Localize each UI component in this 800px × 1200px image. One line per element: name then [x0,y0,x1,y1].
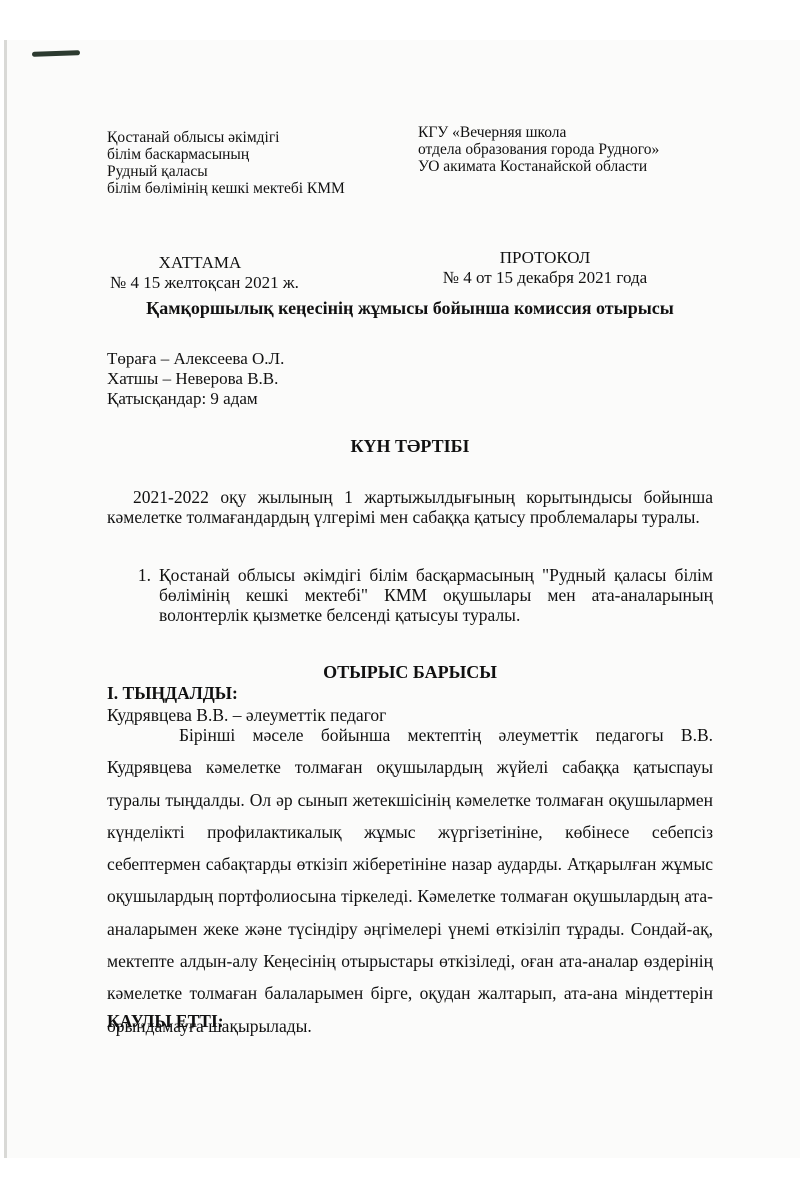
header-right-line: КГУ «Вечерняя школа [418,124,659,141]
secretary: Хатшы – Неверова В.В. [107,369,284,389]
protocol-number-date-ru: № 4 от 15 декабря 2021 года [420,268,670,288]
section-resolved: ҚАУЛЫ ЕТТІ: [107,1011,224,1032]
header-left-line: білім бөлімінің кешкі мектебі КММ [107,180,345,197]
agenda-item-text: Қостанай облысы әкімдігі білім басқармас… [159,565,713,625]
agenda-list: 1. Қостанай облысы әкімдігі білім басқар… [107,565,713,625]
meeting-title: Қамқоршылық кеңесінің жұмысы бойынша ком… [107,298,713,319]
agenda-item-number: 1. [107,565,159,625]
header-left-line: білім баскармасының [107,146,345,163]
protocol-russian: ПРОТОКОЛ № 4 от 15 декабря 2021 года [420,248,670,288]
protocol-kazakh: ХАТТАМА № 4 15 желтоқсан 2021 ж. [110,253,290,293]
protocol-number-date-kk: № 4 15 желтоқсан 2021 ж. [110,273,290,293]
chair: Төраға – Алексеева О.Л. [107,349,284,369]
header-left-line: Рудный қаласы [107,163,345,180]
section-heard: I. ТЫҢДАЛДЫ: [107,683,238,704]
session-body: Бірінші мәселе бойынша мектептің әлеумет… [107,719,713,1042]
agenda-intro: 2021-2022 оқу жылының 1 жартыжылдығының … [107,487,713,527]
protocol-title-kk: ХАТТАМА [110,253,290,273]
session-heading: ОТЫРЫС БАРЫСЫ [107,662,713,683]
agenda-heading: КҮН ТӘРТІБІ [107,436,713,457]
attendees: Қатысқандар: 9 адам [107,389,284,409]
meeting-meta: Төраға – Алексеева О.Л. Хатшы – Неверова… [107,349,284,409]
protocol-title-ru: ПРОТОКОЛ [420,248,670,268]
agenda-item: 1. Қостанай облысы әкімдігі білім басқар… [107,565,713,625]
header-right-line: УО акимата Костанайской области [418,158,659,175]
header-right-russian: КГУ «Вечерняя школа отдела образования г… [418,124,659,175]
header-left-line: Қостанай облысы әкімдігі [107,129,345,146]
header-right-line: отдела образования города Рудного» [418,141,659,158]
header-left-kazakh: Қостанай облысы әкімдігі білім баскармас… [107,129,345,197]
